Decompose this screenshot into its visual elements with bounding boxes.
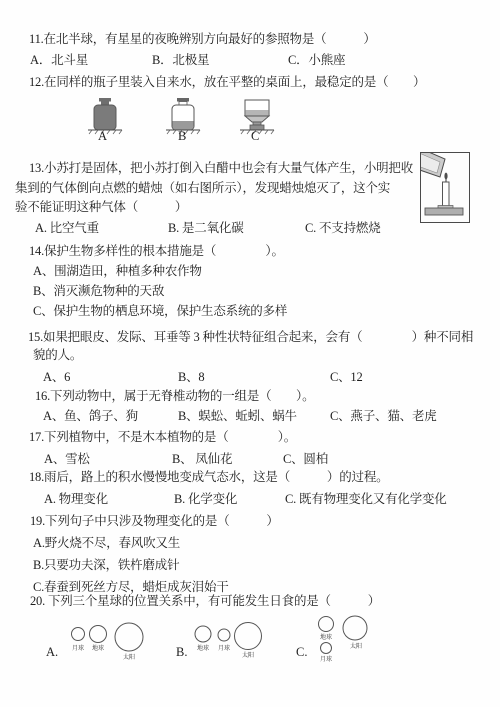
q14-option-c: C、保护生物的栖息环境，保护生态系统的多样 bbox=[33, 304, 287, 319]
q11-options: A．北斗星B．北极星C．小熊座 bbox=[30, 53, 345, 68]
q19-option-a: A.野火烧不尽，春风吹又生 bbox=[33, 536, 180, 551]
q11-stem: 11.在北半球，有星星的夜晚辨别方向最好的参照物是（ ） bbox=[29, 32, 376, 47]
q20-stem: 20. 下列三个星球的位置关系中，有可能发生日食的是（ ） bbox=[30, 594, 380, 609]
svg-text:太阳: 太阳 bbox=[350, 642, 362, 650]
pouring-gas-candle-icon bbox=[421, 153, 467, 221]
q17-stem: 17.下列植物中，不是木本植物的是（ ）。 bbox=[29, 430, 296, 445]
svg-text:地球: 地球 bbox=[197, 644, 209, 652]
q11-option-c: C．小熊座 bbox=[288, 53, 345, 68]
q17-option-a: A、雪松 bbox=[44, 452, 172, 467]
bottle-label-c: C bbox=[251, 129, 259, 144]
q15-option-c: C、12 bbox=[330, 370, 363, 385]
q18-option-c: C. 既有物理变化又有化学变化 bbox=[285, 492, 447, 507]
q20-diagram-a-label: A. bbox=[46, 645, 58, 660]
q20-diagram-b-label: B. bbox=[176, 645, 187, 660]
q18-options: A. 物理变化B. 化学变化C. 既有物理变化又有化学变化 bbox=[44, 492, 447, 507]
svg-text:太阳: 太阳 bbox=[242, 651, 254, 659]
svg-text:地球: 地球 bbox=[92, 644, 104, 652]
svg-text:太阳: 太阳 bbox=[123, 653, 135, 661]
q13-option-a: A. 比空气重 bbox=[35, 221, 168, 236]
q16-option-b: B、蜈蚣、蚯蚓、蜗牛 bbox=[178, 409, 330, 424]
bottle-label-b: B bbox=[178, 129, 186, 144]
q13-option-c: C. 不支持燃烧 bbox=[305, 221, 381, 236]
q13-stem-line1: 13.小苏打是固体，把小苏打倒入白醋中也会有大量气体产生，小明把收 bbox=[29, 161, 413, 176]
q17-option-c: C、圆柏 bbox=[283, 452, 328, 467]
q19-option-c: C.春蚕到死丝方尽，蜡炬成灰泪始干 bbox=[33, 580, 229, 595]
q14-stem: 14.保护生物多样性的根本措施是（ ）。 bbox=[29, 244, 284, 259]
candle-experiment-figure bbox=[420, 152, 470, 223]
svg-text:月球: 月球 bbox=[320, 655, 332, 663]
q13-stem-line3: 验不能证明这种气体（ ） bbox=[15, 200, 187, 215]
q20-diagram-c-label: C. bbox=[296, 645, 307, 660]
q16-stem: 16.下列动物中，属于无脊椎动物的一组是（ ）。 bbox=[35, 389, 314, 404]
svg-text:月球: 月球 bbox=[218, 644, 230, 652]
q14-option-b: B、消灭濒危物种的天敌 bbox=[33, 284, 164, 299]
q17-option-b: B、 凤仙花 bbox=[172, 452, 283, 467]
q15-option-b: B、8 bbox=[178, 370, 330, 385]
q13-option-b: B. 是二氧化碳 bbox=[168, 221, 305, 236]
q19-option-b: B.只要功夫深，铁杵磨成针 bbox=[33, 558, 179, 573]
q16-option-c: C、燕子、猫、老虎 bbox=[330, 409, 437, 424]
q13-stem-line2: 集到的气体倒向点燃的蜡烛（如右图所示），发现蜡烛熄灭了，这个实 bbox=[15, 181, 390, 196]
q15-options: A、6B、8C、12 bbox=[43, 370, 363, 385]
q12-bottles-figure: A B C bbox=[0, 96, 500, 148]
q11-option-a: A．北斗星 bbox=[30, 53, 152, 68]
q17-options: A、雪松B、 凤仙花C、圆柏 bbox=[44, 452, 328, 467]
svg-text:地球: 地球 bbox=[320, 633, 332, 641]
svg-text:月球: 月球 bbox=[72, 644, 84, 652]
q15-stem-line2: 貌的人。 bbox=[33, 348, 82, 363]
q12-stem: 12.在同样的瓶子里装入自来水，放在平整的桌面上，最稳定的是（ ） bbox=[29, 75, 425, 90]
q18-stem: 18.雨后，路上的积水慢慢地变成气态水，这是（ ）的过程。 bbox=[29, 470, 388, 485]
q14-option-a: A、围湖造田，种植多种农作物 bbox=[33, 264, 202, 279]
q18-option-a: A. 物理变化 bbox=[44, 492, 174, 507]
q11-option-b: B．北极星 bbox=[152, 53, 288, 68]
q18-option-b: B. 化学变化 bbox=[174, 492, 285, 507]
q16-options: A、鱼、鸽子、狗B、蜈蚣、蚯蚓、蜗牛C、燕子、猫、老虎 bbox=[43, 409, 437, 424]
q15-option-a: A、6 bbox=[43, 370, 178, 385]
earth-over-moon-sun-icon: 地球 月球 太阳 bbox=[312, 612, 377, 668]
q13-options: A. 比空气重B. 是二氧化碳C. 不支持燃烧 bbox=[35, 221, 381, 236]
q16-option-a: A、鱼、鸽子、狗 bbox=[43, 409, 178, 424]
moon-earth-sun-row-icon: 月球 地球 太阳 bbox=[68, 612, 163, 664]
q19-stem: 19.下列句子中只涉及物理变化的是（ ） bbox=[30, 514, 279, 529]
q15-stem-line1: 15.如果把眼皮、发际、耳垂等 3 种性状特征组合起来，会有（ ）种不同相 bbox=[28, 330, 473, 345]
exam-page: 11.在北半球，有星星的夜晚辨别方向最好的参照物是（ ） A．北斗星B．北极星C… bbox=[0, 0, 500, 707]
earth-moon-sun-row-icon: 地球 月球 太阳 bbox=[194, 612, 274, 664]
q20-diagrams: A. 月球 地球 太阳 B. 地球 月球 太阳 C. 地球 月球 太阳 bbox=[0, 612, 500, 670]
bottle-label-a: A bbox=[98, 129, 107, 144]
